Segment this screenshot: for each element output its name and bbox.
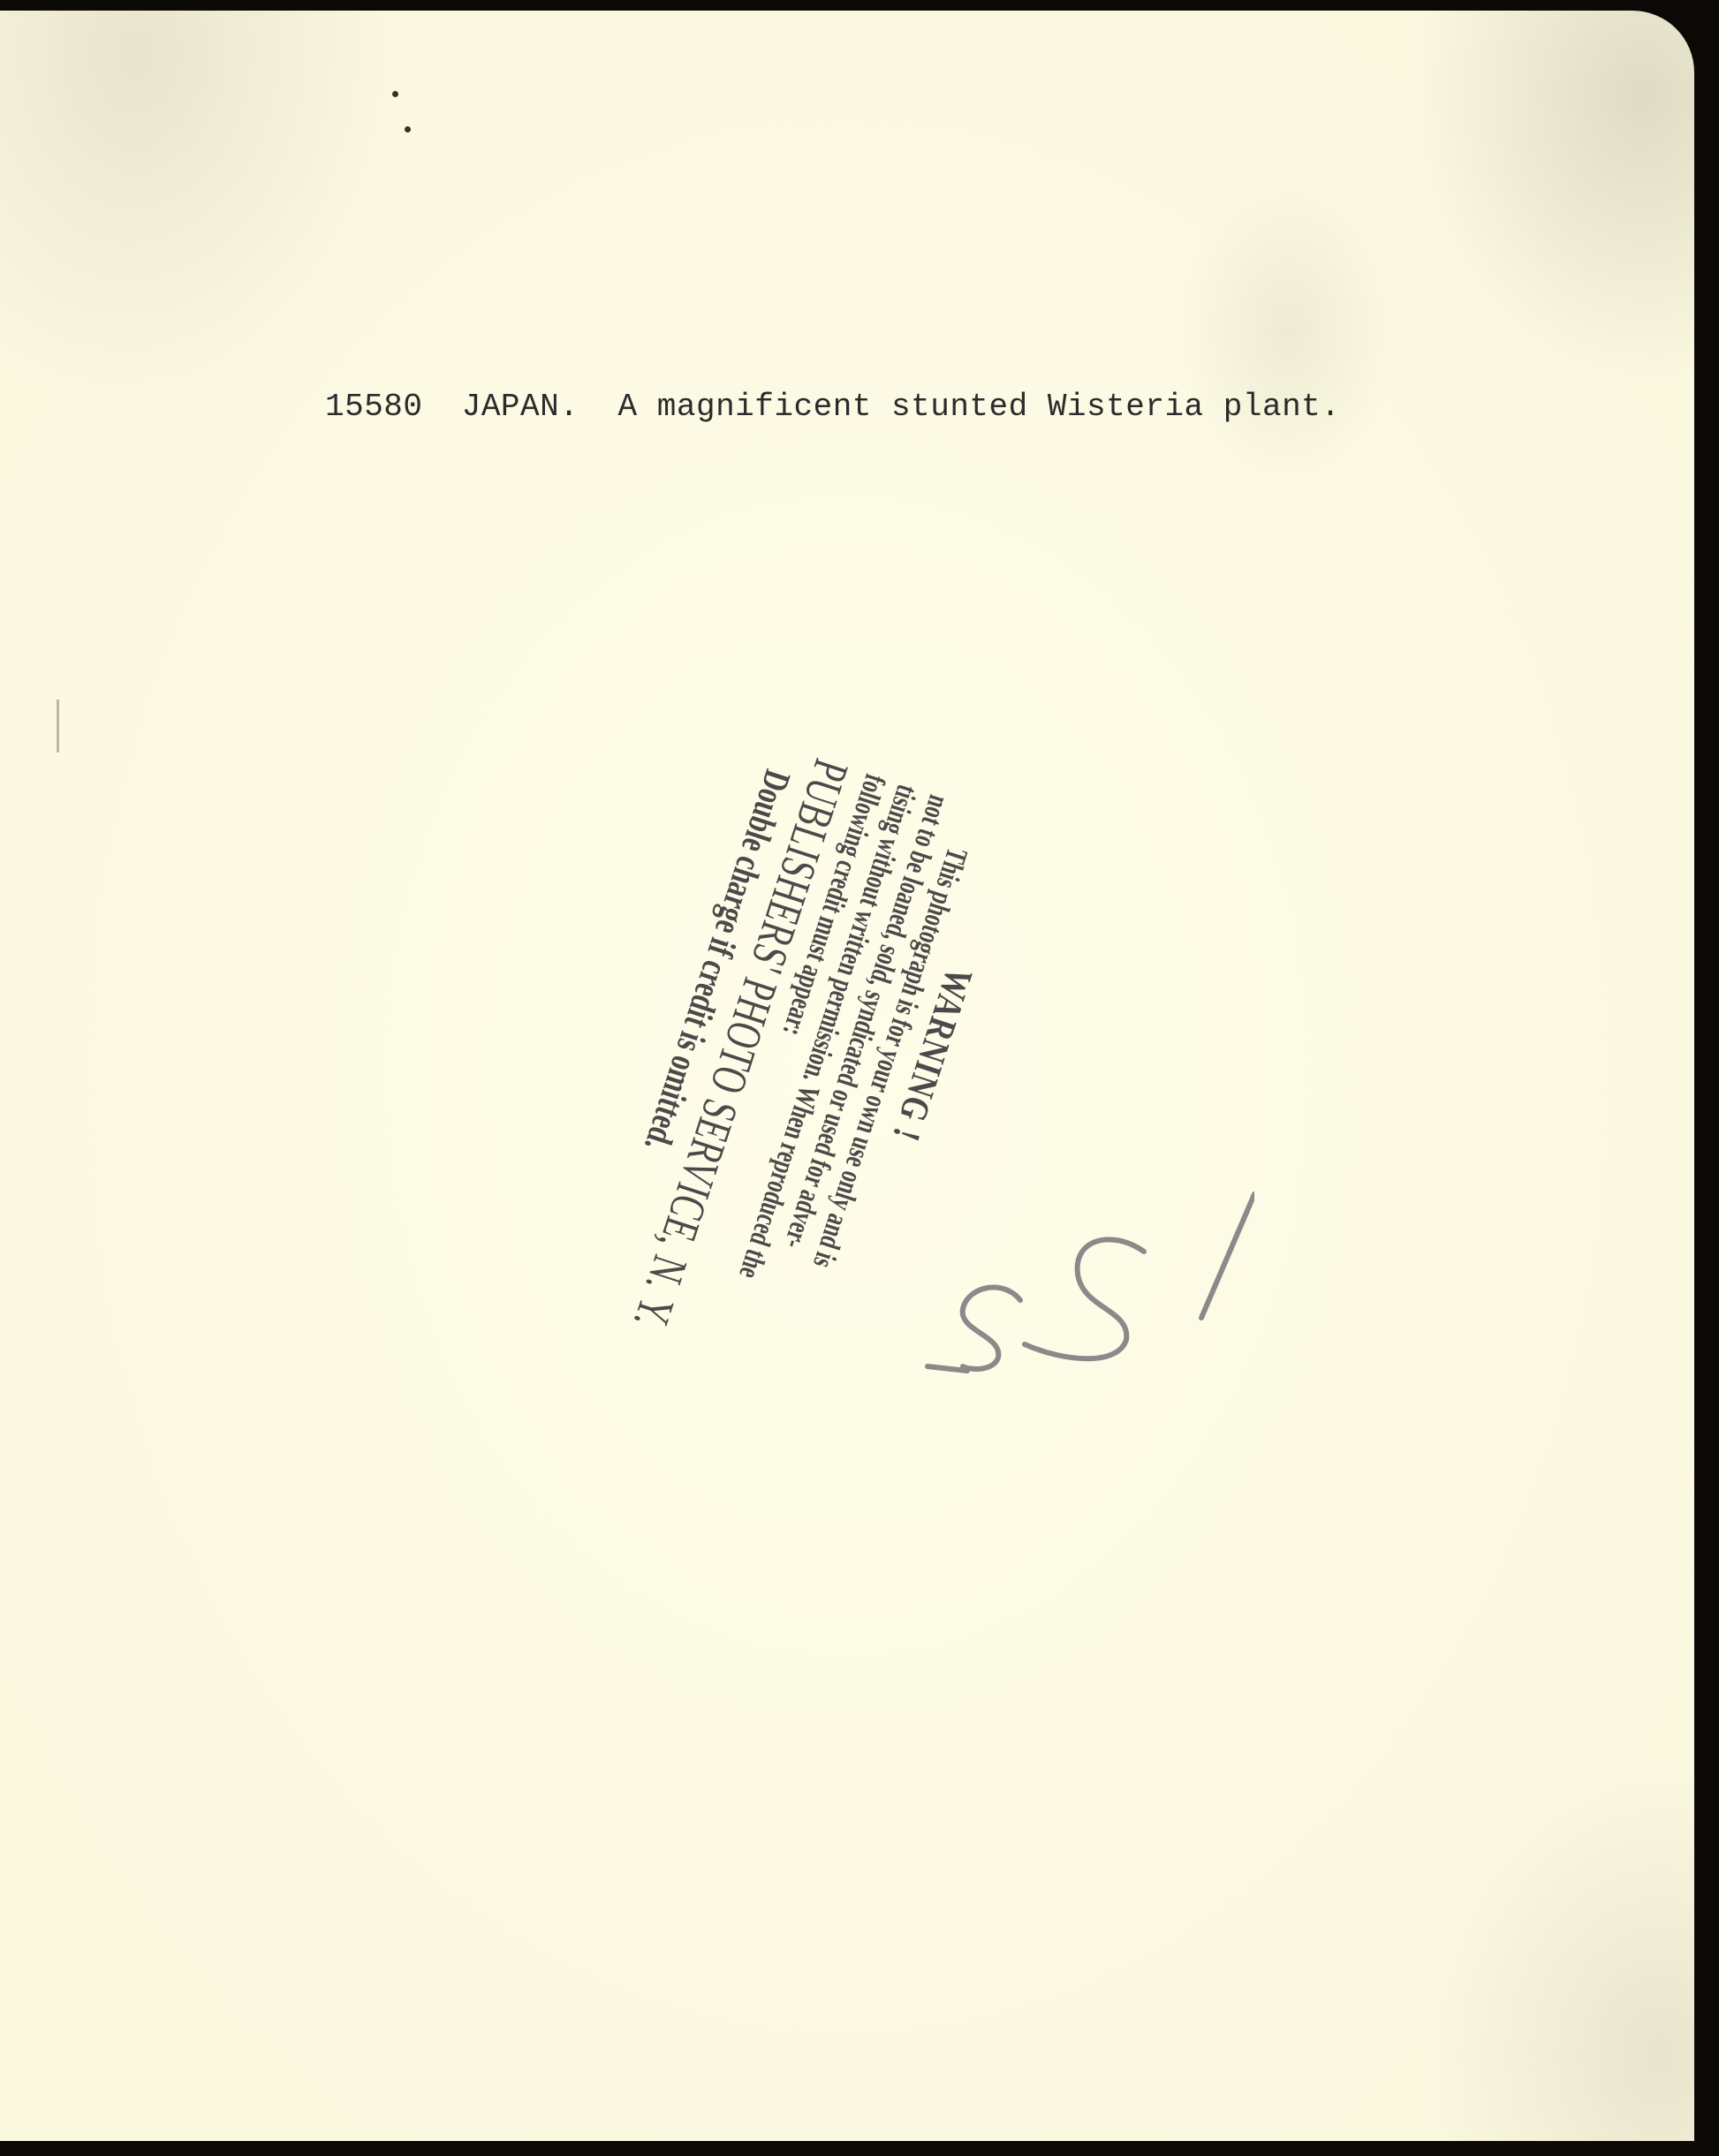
edge-mark: [57, 700, 59, 753]
photo-card-back: 15580 JAPAN. A magnificent stunted Wiste…: [0, 11, 1694, 2141]
ink-speck: [392, 91, 398, 97]
typed-caption: 15580 JAPAN. A magnificent stunted Wiste…: [325, 389, 1340, 425]
pencil-number-annotation: [901, 1176, 1254, 1388]
warning-stamp: WARNING ! This photograph is for your ow…: [545, 740, 1027, 1513]
ink-speck: [405, 126, 411, 132]
